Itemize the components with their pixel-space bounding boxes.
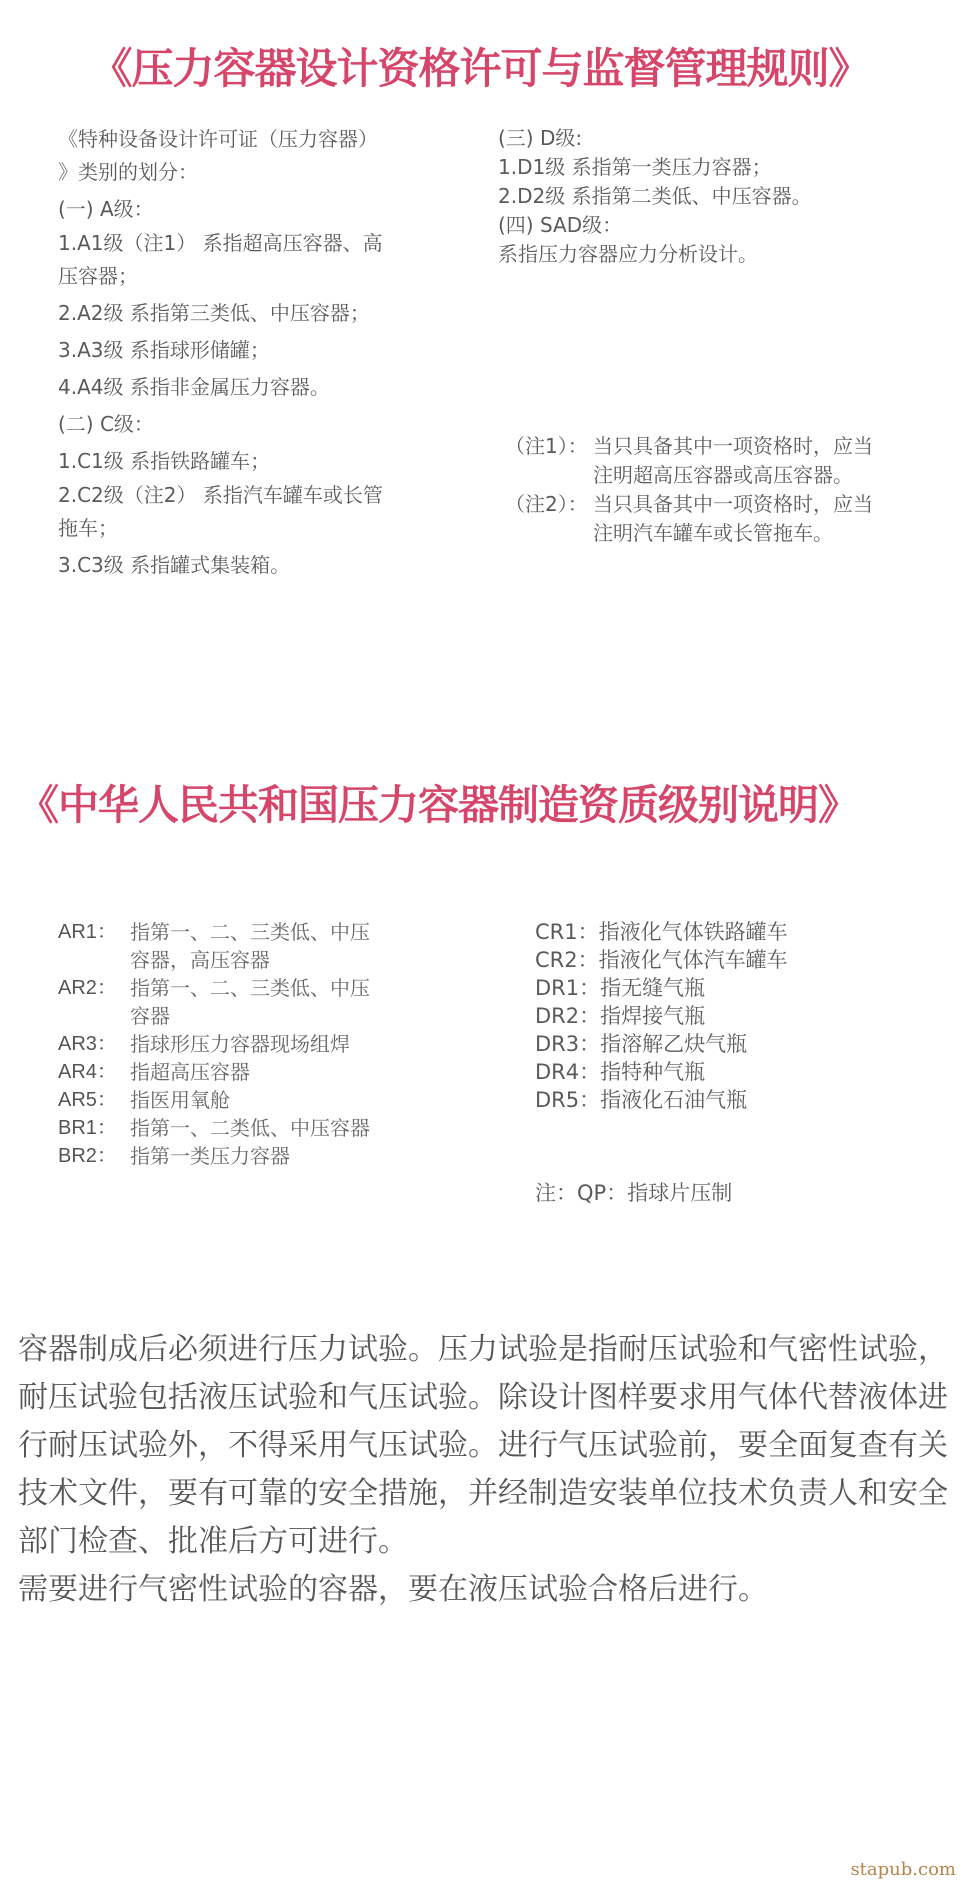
grade-desc: 指溶解乙炔气瓶 [600, 1032, 747, 1056]
section2-title: 《中华人民共和国压力容器制造资质级别说明》 [18, 772, 960, 831]
footnotes: （注1）： 当只具备其中一项资格时，应当注明超高压容器或高压容器。 （注2）： … [505, 432, 925, 548]
list-line: (二) C级： [58, 406, 468, 443]
list-line: 2.C2级（注2） 系指汽车罐车或长管 [58, 480, 468, 510]
grade-entry: AR2：指第一、二、三类低、中压容器 [58, 974, 478, 1030]
grade-desc: 指无缝气瓶 [600, 976, 705, 1000]
list-line: 1.A1级（注1） 系指超高压容器、高 [58, 228, 468, 258]
grade-entry: DR3：指溶解乙炔气瓶 [535, 1030, 915, 1058]
list-line: 2.A2级 系指第三类低、中压容器； [58, 295, 468, 332]
grade-list-left: AR1：指第一、二、三类低、中压容器，高压容器 AR2：指第一、二、三类低、中压… [58, 918, 478, 1170]
footnote-label: （注2）： [505, 490, 593, 548]
grade-desc: 指医用氧舱 [130, 1086, 380, 1114]
grade-desc: 指液化石油气瓶 [600, 1088, 747, 1112]
watermark: stapub.com [850, 1859, 956, 1880]
grade-code: BR1： [58, 1114, 130, 1142]
list-line: 》类别的划分： [58, 154, 468, 191]
grade-desc: 指液化气体汽车罐车 [599, 948, 788, 972]
list-line: (三) D级: [498, 124, 918, 153]
footnote-2: （注2）： 当只具备其中一项资格时，应当注明汽车罐车或长管拖车。 [505, 490, 925, 548]
grade-code: AR5： [58, 1086, 130, 1114]
grade-entry: DR5：指液化石油气瓶 [535, 1086, 915, 1114]
grade-code: DR5： [535, 1088, 600, 1112]
qp-note: 注：QP：指球片压制 [535, 1177, 732, 1207]
grade-entry: AR3：指球形压力容器现场组焊 [58, 1030, 478, 1058]
list-line: 1.D1级 系指第一类压力容器； [498, 153, 918, 182]
grade-list-right: CR1：指液化气体铁路罐车 CR2：指液化气体汽车罐车 DR1：指无缝气瓶 DR… [535, 918, 915, 1114]
grade-desc: 指第一类压力容器 [130, 1142, 380, 1170]
grade-entry: AR1：指第一、二、三类低、中压容器，高压容器 [58, 918, 478, 974]
section1-title: 《压力容器设计资格许可与监督管理规则》 [0, 36, 960, 96]
grade-code: AR3： [58, 1030, 130, 1058]
list-line: 2.D2级 系指第二类低、中压容器。 [498, 182, 918, 211]
class-list-right: (三) D级: 1.D1级 系指第一类压力容器； 2.D2级 系指第二类低、中压… [498, 124, 918, 269]
grade-code: AR4： [58, 1058, 130, 1086]
grade-code: DR4： [535, 1060, 600, 1084]
footnote-text: 当只具备其中一项资格时，应当注明超高压容器或高压容器。 [593, 432, 883, 490]
list-line: 4.A4级 系指非金属压力容器。 [58, 369, 468, 406]
grade-desc: 指焊接气瓶 [600, 1004, 705, 1028]
grade-code: DR3： [535, 1032, 600, 1056]
list-line: 《特种设备设计许可证（压力容器） [58, 124, 468, 154]
footnote-label: （注1）： [505, 432, 593, 490]
grade-desc: 指液化气体铁路罐车 [599, 920, 788, 944]
paragraph-text: 容器制成后必须进行压力试验。压力试验是指耐压试验和气密性试验，耐压试验包括液压试… [18, 1326, 948, 1566]
list-line: 1.C1级 系指铁路罐车； [58, 443, 468, 480]
footnote-1: （注1）： 当只具备其中一项资格时，应当注明超高压容器或高压容器。 [505, 432, 925, 490]
grade-desc: 指特种气瓶 [600, 1060, 705, 1084]
grade-code: CR2： [535, 948, 599, 972]
grade-code: DR2： [535, 1004, 600, 1028]
grade-code: AR1： [58, 918, 130, 974]
grade-entry: AR4：指超高压容器 [58, 1058, 478, 1086]
grade-entry: CR1：指液化气体铁路罐车 [535, 918, 915, 946]
footnote-text: 当只具备其中一项资格时，应当注明汽车罐车或长管拖车。 [593, 490, 883, 548]
grade-entry: AR5：指医用氧舱 [58, 1086, 478, 1114]
grade-entry: DR1：指无缝气瓶 [535, 974, 915, 1002]
grade-entry: BR1：指第一、二类低、中压容器 [58, 1114, 478, 1142]
grade-code: DR1： [535, 976, 600, 1000]
grade-code: BR2： [58, 1142, 130, 1170]
grade-desc: 指第一、二、三类低、中压容器，高压容器 [130, 918, 380, 974]
grade-entry: BR2：指第一类压力容器 [58, 1142, 478, 1170]
list-line: 压容器； [58, 258, 468, 295]
grade-code: CR1： [535, 920, 599, 944]
list-line: (一) A级： [58, 191, 468, 228]
grade-desc: 指球形压力容器现场组焊 [130, 1030, 380, 1058]
grade-desc: 指第一、二类低、中压容器 [130, 1114, 380, 1142]
grade-desc: 指超高压容器 [130, 1058, 380, 1086]
list-line: 拖车； [58, 510, 468, 547]
list-line: (四) SAD级： [498, 211, 918, 240]
grade-code: AR2： [58, 974, 130, 1030]
list-line: 3.A3级 系指球形储罐； [58, 332, 468, 369]
pressure-test-paragraph: 容器制成后必须进行压力试验。压力试验是指耐压试验和气密性试验，耐压试验包括液压试… [18, 1326, 948, 1614]
grade-entry: DR2：指焊接气瓶 [535, 1002, 915, 1030]
paragraph-text: 需要进行气密性试验的容器，要在液压试验合格后进行。 [18, 1566, 948, 1614]
grade-desc: 指第一、二、三类低、中压容器 [130, 974, 380, 1030]
list-line: 3.C3级 系指罐式集装箱。 [58, 547, 468, 584]
grade-entry: CR2：指液化气体汽车罐车 [535, 946, 915, 974]
list-line: 系指压力容器应力分析设计。 [498, 240, 918, 269]
class-list-left: 《特种设备设计许可证（压力容器） 》类别的划分： (一) A级： 1.A1级（注… [58, 124, 468, 584]
grade-entry: DR4：指特种气瓶 [535, 1058, 915, 1086]
